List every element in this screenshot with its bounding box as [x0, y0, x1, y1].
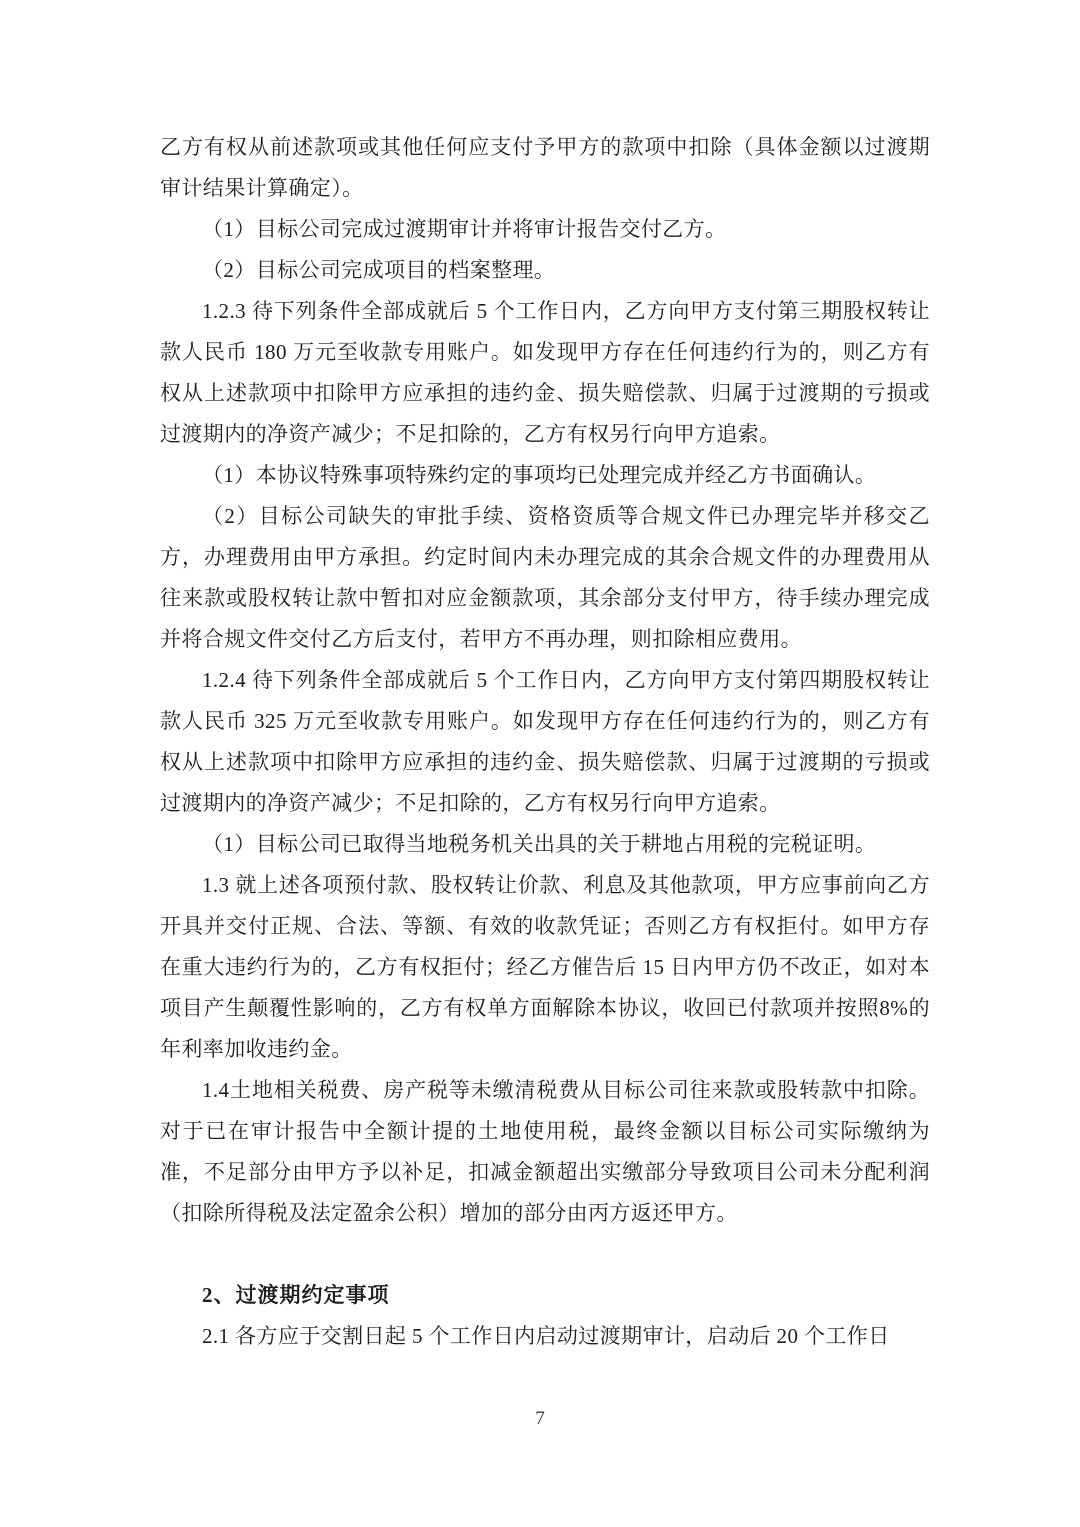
clause-1-2-3-condition-2: （2）目标公司缺失的审批手续、资格资质等合规文件已办理完毕并移交乙方，办理费用由… [160, 496, 930, 660]
clause-condition-1: （1）目标公司完成过渡期审计并将审计报告交付乙方。 [160, 209, 930, 250]
clause-1-2-4: 1.2.4 待下列条件全部成就后 5 个工作日内，乙方向甲方支付第四期股权转让款… [160, 660, 930, 824]
clause-condition-2: （2）目标公司完成项目的档案整理。 [160, 250, 930, 291]
clause-1-2-4-condition-1: （1）目标公司已取得当地税务机关出具的关于耕地占用税的完税证明。 [160, 824, 930, 865]
section-2-heading: 2、过渡期约定事项 [160, 1275, 930, 1316]
paragraph-carryover: 乙方有权从前述款项或其他任何应支付予甲方的款项中扣除（具体金额以过渡期审计结果计… [160, 127, 930, 209]
clause-1-4: 1.4土地相关税费、房产税等未缴清税费从目标公司往来款或股转款中扣除。对于已在审… [160, 1070, 930, 1234]
clause-2-1: 2.1 各方应于交割日起 5 个工作日内启动过渡期审计，启动后 20 个工作日 [160, 1316, 930, 1357]
contract-page: 乙方有权从前述款项或其他任何应支付予甲方的款项中扣除（具体金额以过渡期审计结果计… [0, 0, 1080, 1527]
clause-1-2-3-condition-1: （1）本协议特殊事项特殊约定的事项均已处理完成并经乙方书面确认。 [160, 455, 930, 496]
clause-1-3: 1.3 就上述各项预付款、股权转让价款、利息及其他款项，甲方应事前向乙方开具并交… [160, 865, 930, 1070]
contract-body: 乙方有权从前述款项或其他任何应支付予甲方的款项中扣除（具体金额以过渡期审计结果计… [160, 127, 930, 1357]
page-number: 7 [0, 1404, 1080, 1434]
clause-1-2-3: 1.2.3 待下列条件全部成就后 5 个工作日内，乙方向甲方支付第三期股权转让款… [160, 291, 930, 455]
